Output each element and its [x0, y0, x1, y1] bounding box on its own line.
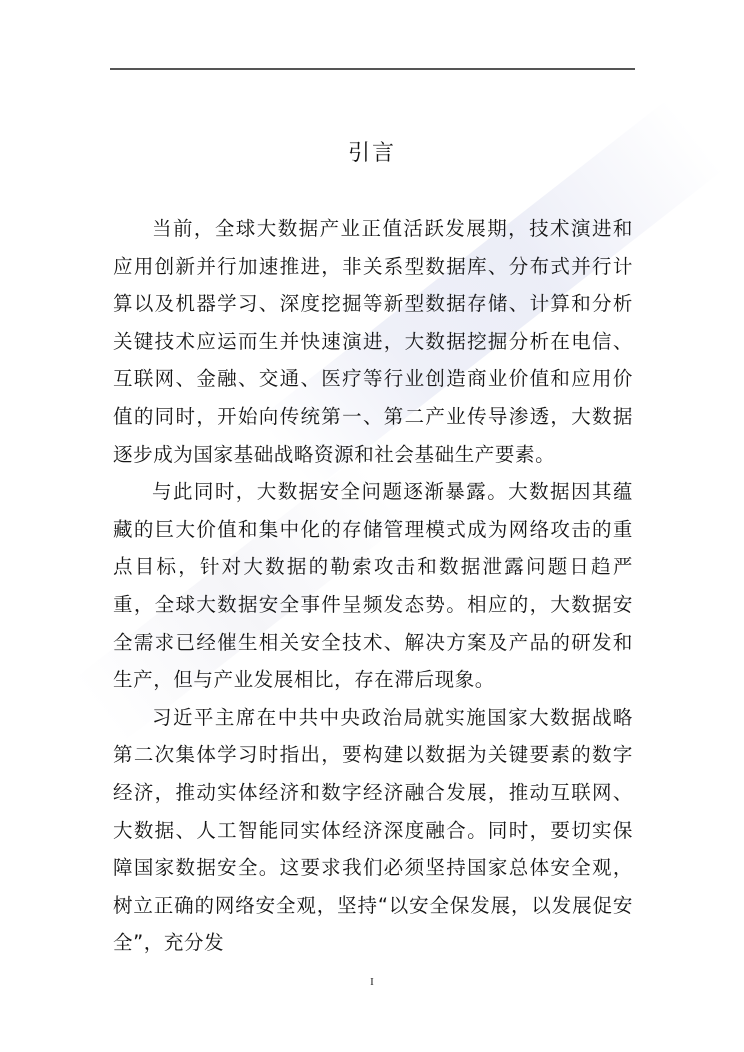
paragraph: 当前，全球大数据产业正值活跃发展期，技术演进和应用创新并行加速推进，非关系型数据…: [113, 210, 633, 473]
header-rule: [110, 68, 635, 70]
paragraph: 与此同时，大数据安全问题逐渐暴露。大数据因其蕴藏的巨大价值和集中化的存储管理模式…: [113, 473, 633, 699]
page-number: I: [0, 976, 744, 988]
section-title: 引言: [0, 136, 744, 167]
paragraph: 习近平主席在中共中央政治局就实施国家大数据战略第二次集体学习时指出，要构建以数据…: [113, 699, 633, 962]
document-page: 引言 当前，全球大数据产业正值活跃发展期，技术演进和应用创新并行加速推进，非关系…: [0, 0, 744, 1052]
body-text: 当前，全球大数据产业正值活跃发展期，技术演进和应用创新并行加速推进，非关系型数据…: [113, 210, 633, 962]
